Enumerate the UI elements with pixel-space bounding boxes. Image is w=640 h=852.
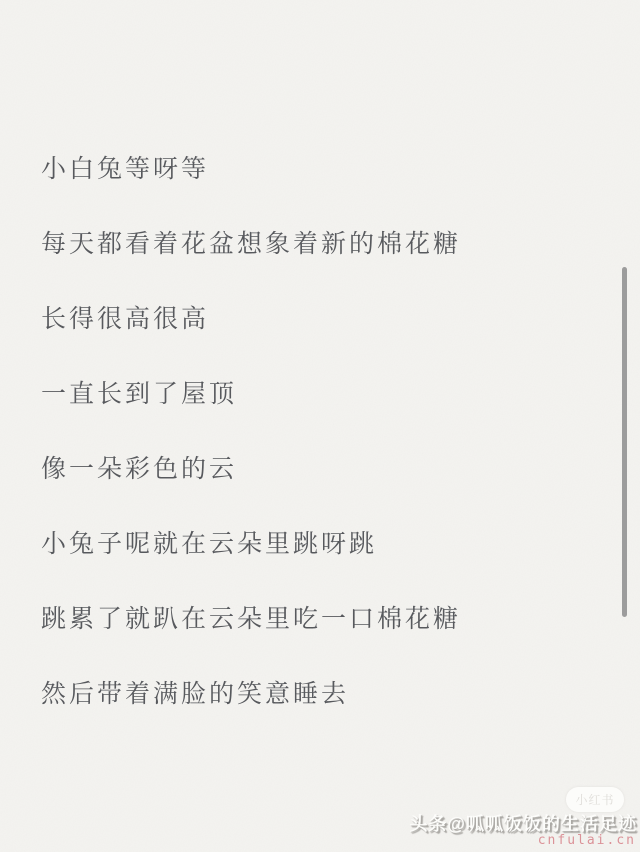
xiaohongshu-watermark-label: 小红书 bbox=[575, 791, 614, 808]
xiaohongshu-watermark-badge: 小红书 bbox=[566, 787, 624, 812]
poem-line: 一直长到了屋顶 bbox=[41, 382, 620, 407]
poem-line: 小兔子呢就在云朵里跳呀跳 bbox=[41, 532, 620, 557]
scrollbar-thumb[interactable] bbox=[622, 267, 627, 617]
poem-line: 跳累了就趴在云朵里吃一口棉花糖 bbox=[41, 607, 620, 632]
poem-text-block: 小白兔等呀等 每天都看着花盆想象着新的棉花糖 长得很高很高 一直长到了屋顶 像一… bbox=[41, 157, 620, 757]
site-url-watermark: cnfulai.cn bbox=[538, 833, 636, 848]
poem-line: 小白兔等呀等 bbox=[41, 157, 620, 182]
poem-line: 像一朵彩色的云 bbox=[41, 457, 620, 482]
poem-line: 然后带着满脸的笑意睡去 bbox=[41, 682, 620, 707]
poem-line: 每天都看着花盆想象着新的棉花糖 bbox=[41, 232, 620, 257]
poem-line: 长得很高很高 bbox=[41, 307, 620, 332]
